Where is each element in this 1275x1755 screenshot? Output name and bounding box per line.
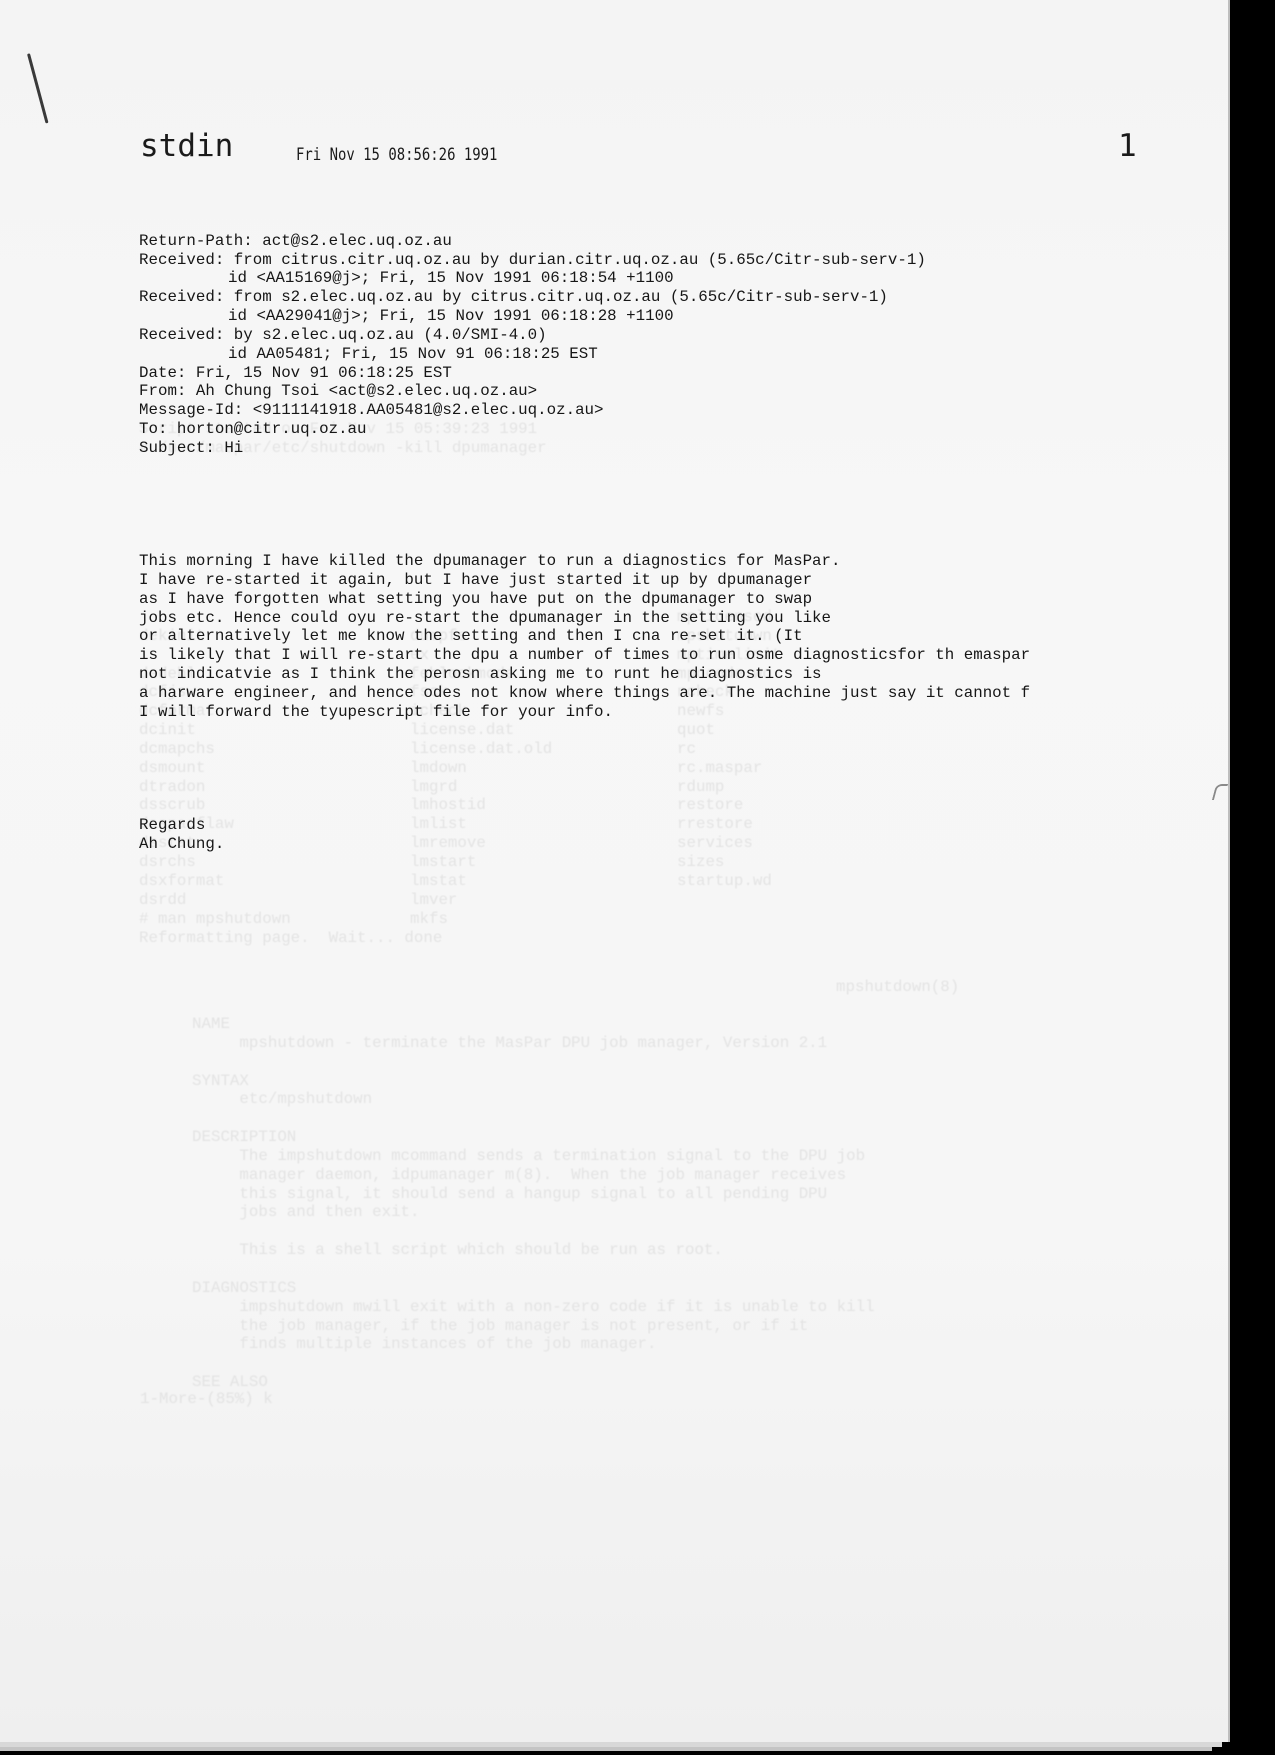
email-header-line: id AA05481; Fri, 15 Nov 91 06:18:25 EST — [139, 345, 1030, 364]
email-header-line: id <AA15169@j>; Fri, 15 Nov 1991 06:18:5… — [139, 269, 1030, 288]
email-header-line: id <AA29041@j>; Fri, 15 Nov 1991 06:18:2… — [139, 307, 1030, 326]
bleed-through-man-line: finds multiple instances of the job mana… — [192, 1335, 875, 1354]
bleed-through-man-line: this signal, it should send a hangup sig… — [192, 1185, 875, 1204]
bleed-through-line: # man mpshutdown — [139, 910, 442, 929]
email-body-line: I will forward the tyupescript file for … — [139, 703, 1030, 722]
bleed-through-man-line: jobs and then exit. — [192, 1203, 875, 1222]
email-signoff-line: Ah Chung. — [139, 835, 1030, 854]
bleed-through-see-also: 1-More-(85%) k — [140, 1390, 273, 1409]
print-header-title: stdin — [140, 128, 233, 164]
bleed-through-man-line: NAME — [192, 1015, 875, 1034]
email-body-line: as I have forgotten what setting you hav… — [139, 590, 1030, 609]
bleed-through-man-line — [192, 1053, 875, 1072]
bleed-through-man-page: NAME mpshutdown - terminate the MasPar D… — [192, 1015, 875, 1392]
scan-mark — [1212, 784, 1228, 800]
bleed-through-line: Reformatting page. Wait... done — [139, 929, 442, 948]
bleed-through-man-line: The impshutdown mcommand sends a termina… — [192, 1147, 875, 1166]
email-header-line: Return-Path: act@s2.elec.uq.oz.au — [139, 232, 1030, 251]
email-header-line: Subject: Hi — [139, 439, 1030, 458]
bleed-through-man-line: SEE ALSO — [192, 1373, 875, 1392]
spacer — [139, 759, 1030, 778]
bleed-through-man-line: manager daemon, idpumanager m(8). When t… — [192, 1166, 875, 1185]
email-header-line: From: Ah Chung Tsoi <act@s2.elec.uq.oz.a… — [139, 382, 1030, 401]
email-body-line: jobs etc. Hence could oyu re-start the d… — [139, 609, 1030, 628]
email-body-line: not indicatvie as I think the perosn ask… — [139, 665, 1030, 684]
pen-mark — [27, 53, 49, 123]
email-message: Return-Path: act@s2.elec.uq.oz.auReceive… — [139, 194, 1030, 891]
email-body: This morning I have killed the dpumanage… — [139, 552, 1030, 722]
page-edge — [1228, 0, 1230, 1742]
bleed-through-man-line: impshutdown mwill exit with a non-zero c… — [192, 1298, 875, 1317]
bleed-through-filename: lmver — [410, 891, 552, 910]
email-header-line: To: horton@citr.uq.oz.au — [139, 420, 1030, 439]
email-body-line: is likely that I will re-start the dpu a… — [139, 646, 1030, 665]
page-edge-bottom-2 — [0, 1747, 1212, 1751]
bleed-through-man-line: DESCRIPTION — [192, 1128, 875, 1147]
email-header-line: Date: Fri, 15 Nov 91 06:18:25 EST — [139, 364, 1030, 383]
email-header-line: Received: from citrus.citr.uq.oz.au by d… — [139, 251, 1030, 270]
print-header-timestamp: Fri Nov 15 08:56:26 1991 — [296, 145, 497, 165]
bleed-through-man-line: mpshutdown - terminate the MasPar DPU jo… — [192, 1034, 875, 1053]
email-body-line: a harware engineer, and hence odes not k… — [139, 684, 1030, 703]
email-body-line: This morning I have killed the dpumanage… — [139, 552, 1030, 571]
spacer — [139, 496, 1030, 515]
email-header-line: Message-Id: <9111141918.AA05481@s2.elec.… — [139, 401, 1030, 420]
bleed-through-man-line — [192, 1260, 875, 1279]
email-body-line: I have re-started it again, but I have j… — [139, 571, 1030, 590]
email-signoff: RegardsAh Chung. — [139, 816, 1030, 854]
page-number: 1 — [1118, 128, 1137, 164]
email-header-line: Received: from s2.elec.uq.oz.au by citru… — [139, 288, 1030, 307]
bleed-through-man-line: etc/mpshutdown — [192, 1090, 875, 1109]
bleed-through-man-title: mpshutdown(8) — [836, 978, 959, 997]
email-header-line: Received: by s2.elec.uq.oz.au (4.0/SMI-4… — [139, 326, 1030, 345]
bleed-through-filename: dsrdd — [139, 891, 234, 910]
bleed-through-man-line: This is a shell script which should be r… — [192, 1241, 875, 1260]
email-headers: Return-Path: act@s2.elec.uq.oz.auReceive… — [139, 232, 1030, 458]
bleed-through-man-line: SYNTAX — [192, 1072, 875, 1091]
bleed-through-commands: # man mpshutdownReformatting page. Wait.… — [139, 910, 442, 948]
bleed-through-man-line — [192, 1109, 875, 1128]
email-body-line: or alternatively let me know the setting… — [139, 627, 1030, 646]
bleed-through-man-line — [192, 1354, 875, 1373]
bleed-through-man-line — [192, 1222, 875, 1241]
bleed-through-man-line: DIAGNOSTICS — [192, 1279, 875, 1298]
bleed-through-man-line: the job manager, if the job manager is n… — [192, 1317, 875, 1336]
scanned-page: Script started on Fri Nov 15 05:39:23 19… — [0, 0, 1230, 1742]
email-signoff-line: Regards — [139, 816, 1030, 835]
